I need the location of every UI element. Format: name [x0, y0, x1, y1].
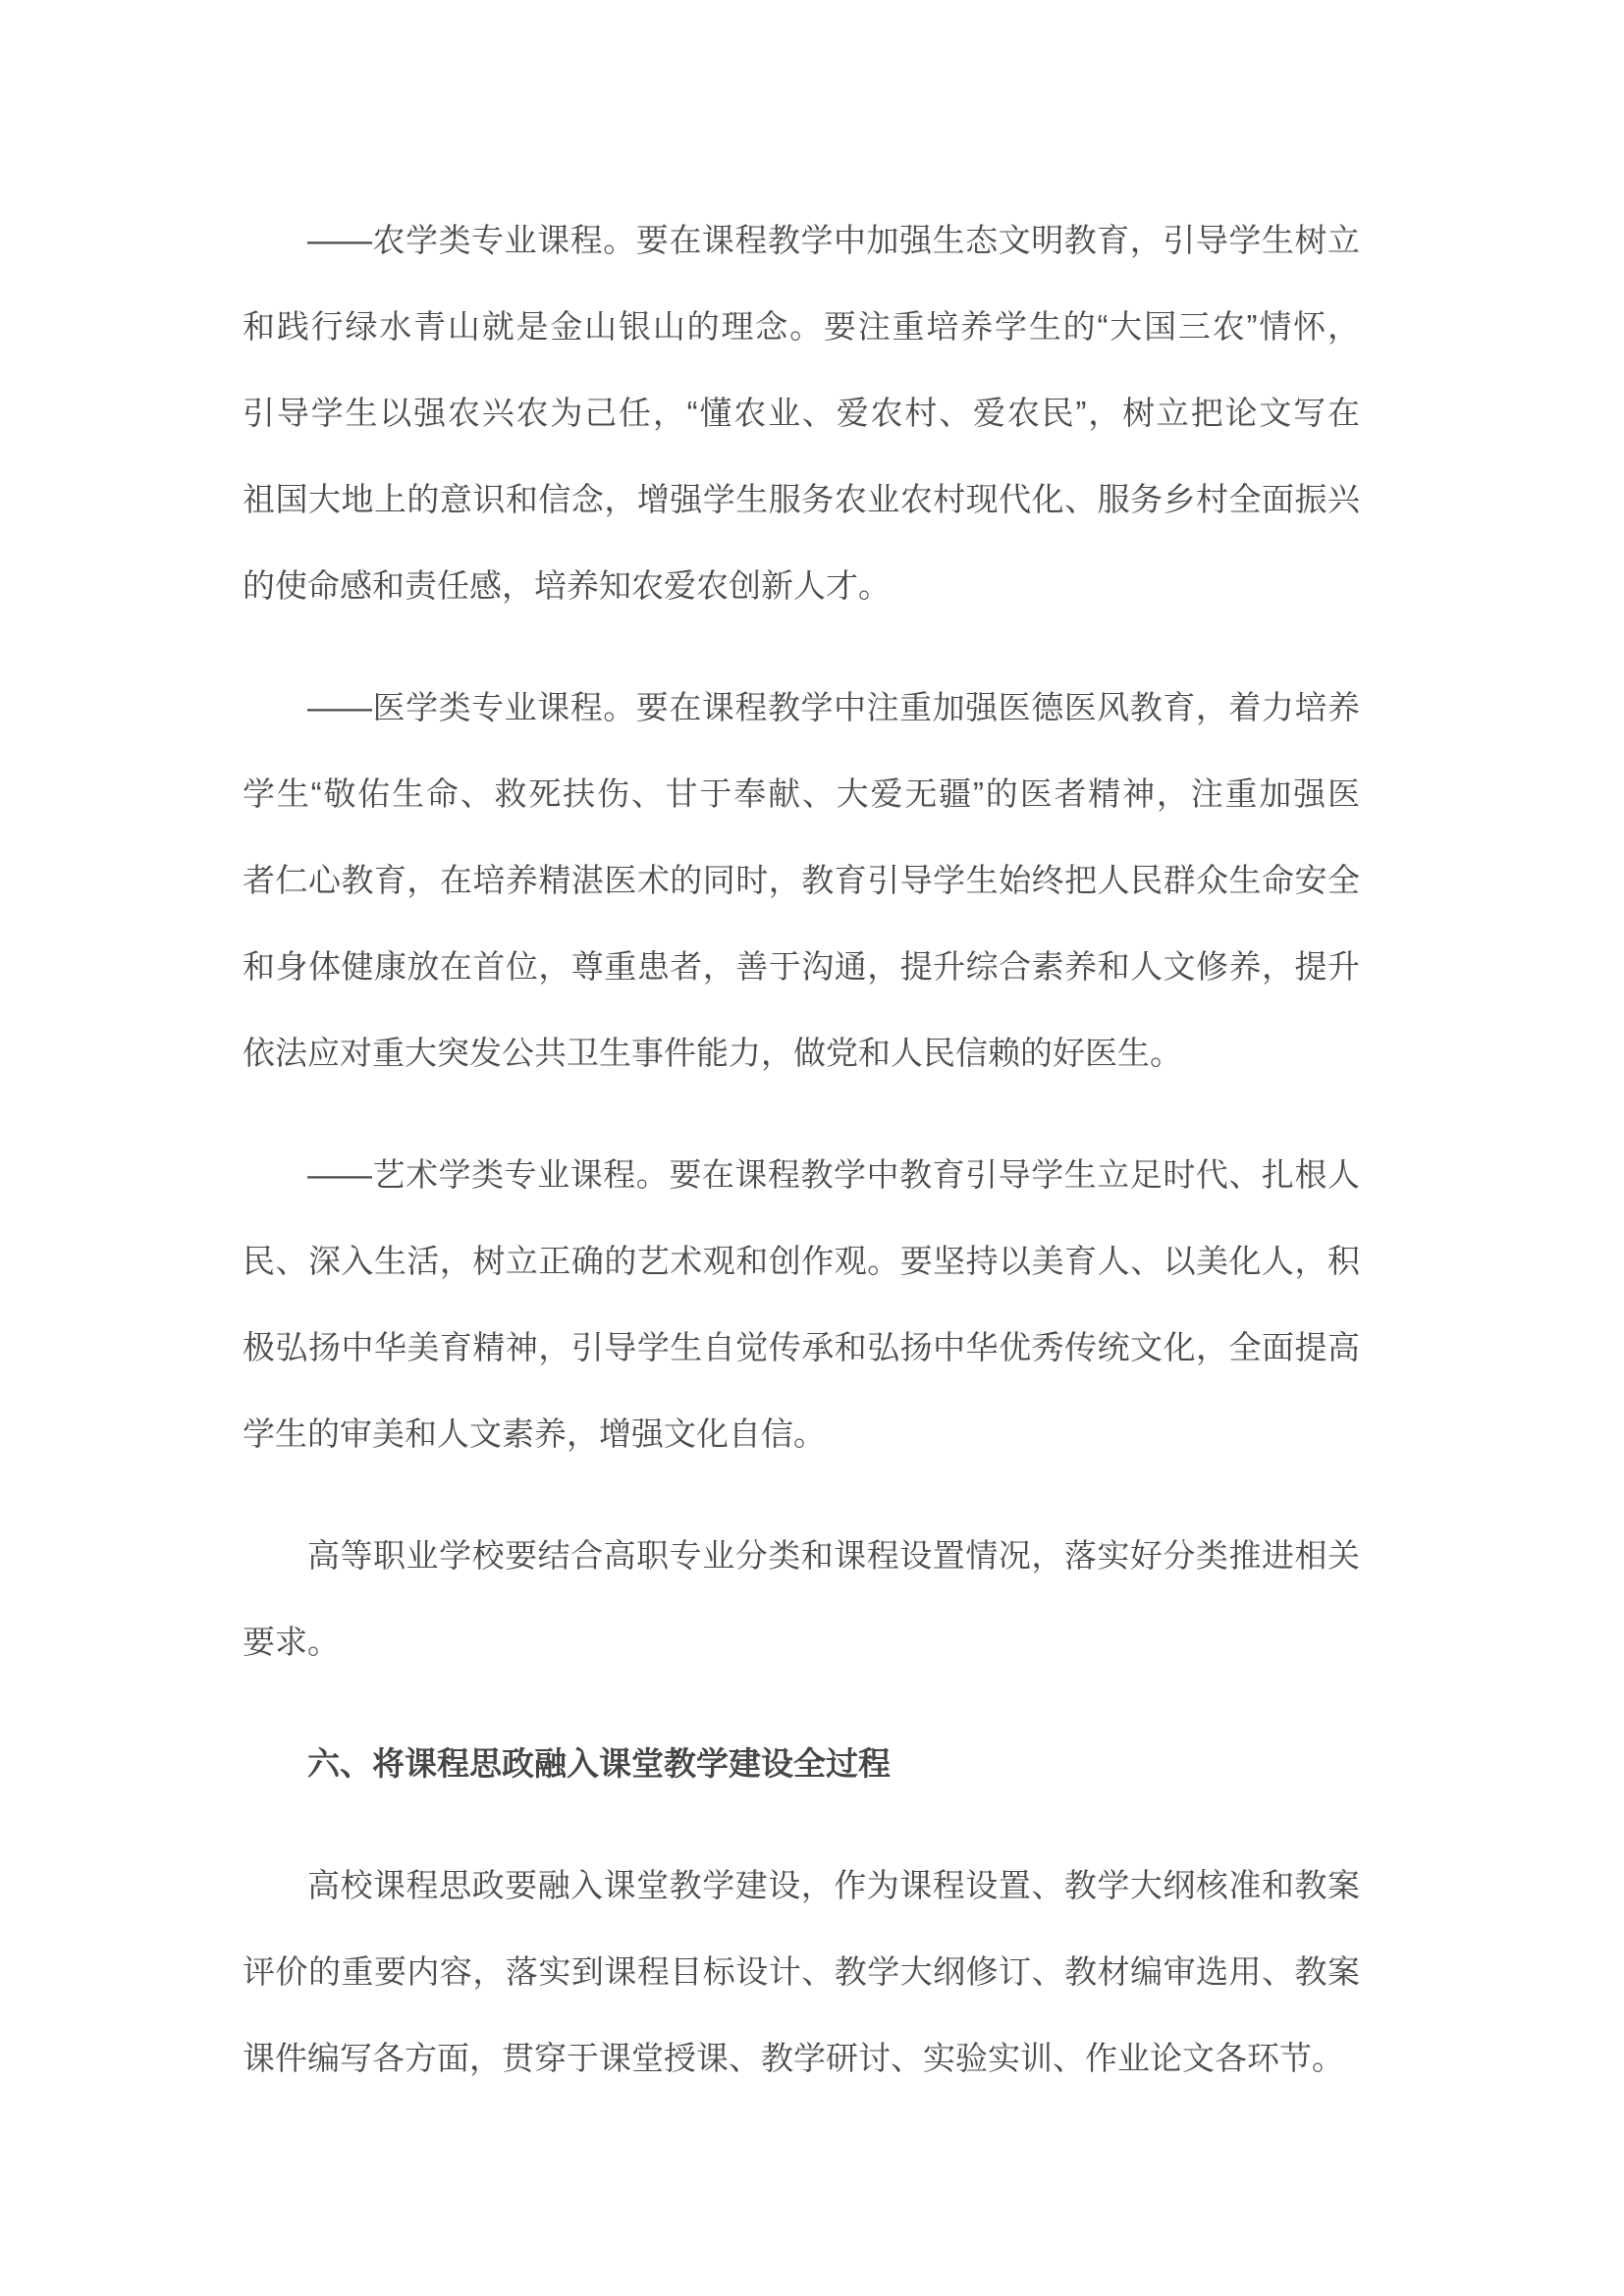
text-line: 引导学生以强农兴农为己任，“懂农业、爱农村、爱农民”，树立把论文写在: [243, 370, 1360, 456]
text-line: 要求。: [243, 1599, 1360, 1685]
text-line: 者仁心教育，在培养精湛医术的同时，教育引导学生始终把人民群众生命安全: [243, 837, 1360, 924]
text-line: 祖国大地上的意识和信念，增强学生服务农业农村现代化、服务乡村全面振兴: [243, 456, 1360, 543]
paragraph-medical-courses: ——医学类专业课程。要在课程教学中注重加强医德医风教育，着力培养 学生“敬佑生命…: [243, 665, 1360, 1096]
text-line: ——农学类专业课程。要在课程教学中加强生态文明教育，引导学生树立: [243, 197, 1360, 284]
text-line: 学生“敬佑生命、救死扶伤、甘于奉献、大爱无疆”的医者精神，注重加强医: [243, 751, 1360, 837]
section-heading: 六、将课程思政融入课堂教学建设全过程: [243, 1721, 1360, 1807]
text-line: 学生的审美和人文素养，增强文化自信。: [243, 1391, 1360, 1477]
text-line: ——艺术学类专业课程。要在课程教学中教育引导学生立足时代、扎根人: [243, 1132, 1360, 1218]
paragraph-agriculture-courses: ——农学类专业课程。要在课程教学中加强生态文明教育，引导学生树立 和践行绿水青山…: [243, 197, 1360, 629]
paragraph-vocational-schools: 高等职业学校要结合高职专业分类和课程设置情况，落实好分类推进相关 要求。: [243, 1513, 1360, 1685]
text-line: 高校课程思政要融入课堂教学建设，作为课程设置、教学大纲核准和教案: [243, 1842, 1360, 1929]
paragraph-classroom-teaching: 高校课程思政要融入课堂教学建设，作为课程设置、教学大纲核准和教案 评价的重要内容…: [243, 1842, 1360, 2102]
text-line: 和践行绿水青山就是金山银山的理念。要注重培养学生的“大国三农”情怀，: [243, 284, 1360, 370]
text-line: 极弘扬中华美育精神，引导学生自觉传承和弘扬中华优秀传统文化，全面提高: [243, 1305, 1360, 1391]
text-line: 课件编写各方面，贯穿于课堂授课、教学研讨、实验实训、作业论文各环节。: [243, 2015, 1360, 2102]
paragraph-art-courses: ——艺术学类专业课程。要在课程教学中教育引导学生立足时代、扎根人 民、深入生活，…: [243, 1132, 1360, 1477]
text-line: 的使命感和责任感，培养知农爱农创新人才。: [243, 543, 1360, 629]
text-line: 评价的重要内容，落实到课程目标设计、教学大纲修订、教材编审选用、教案: [243, 1929, 1360, 2015]
text-line: 高等职业学校要结合高职专业分类和课程设置情况，落实好分类推进相关: [243, 1513, 1360, 1599]
text-line: 依法应对重大突发公共卫生事件能力，做党和人民信赖的好医生。: [243, 1010, 1360, 1096]
document-page: ——农学类专业课程。要在课程教学中加强生态文明教育，引导学生树立 和践行绿水青山…: [0, 0, 1624, 2296]
heading-text-line: 六、将课程思政融入课堂教学建设全过程: [243, 1721, 1360, 1807]
text-line: 民、深入生活，树立正确的艺术观和创作观。要坚持以美育人、以美化人，积: [243, 1218, 1360, 1305]
text-line: ——医学类专业课程。要在课程教学中注重加强医德医风教育，着力培养: [243, 665, 1360, 751]
text-line: 和身体健康放在首位，尊重患者，善于沟通，提升综合素养和人文修养，提升: [243, 924, 1360, 1010]
